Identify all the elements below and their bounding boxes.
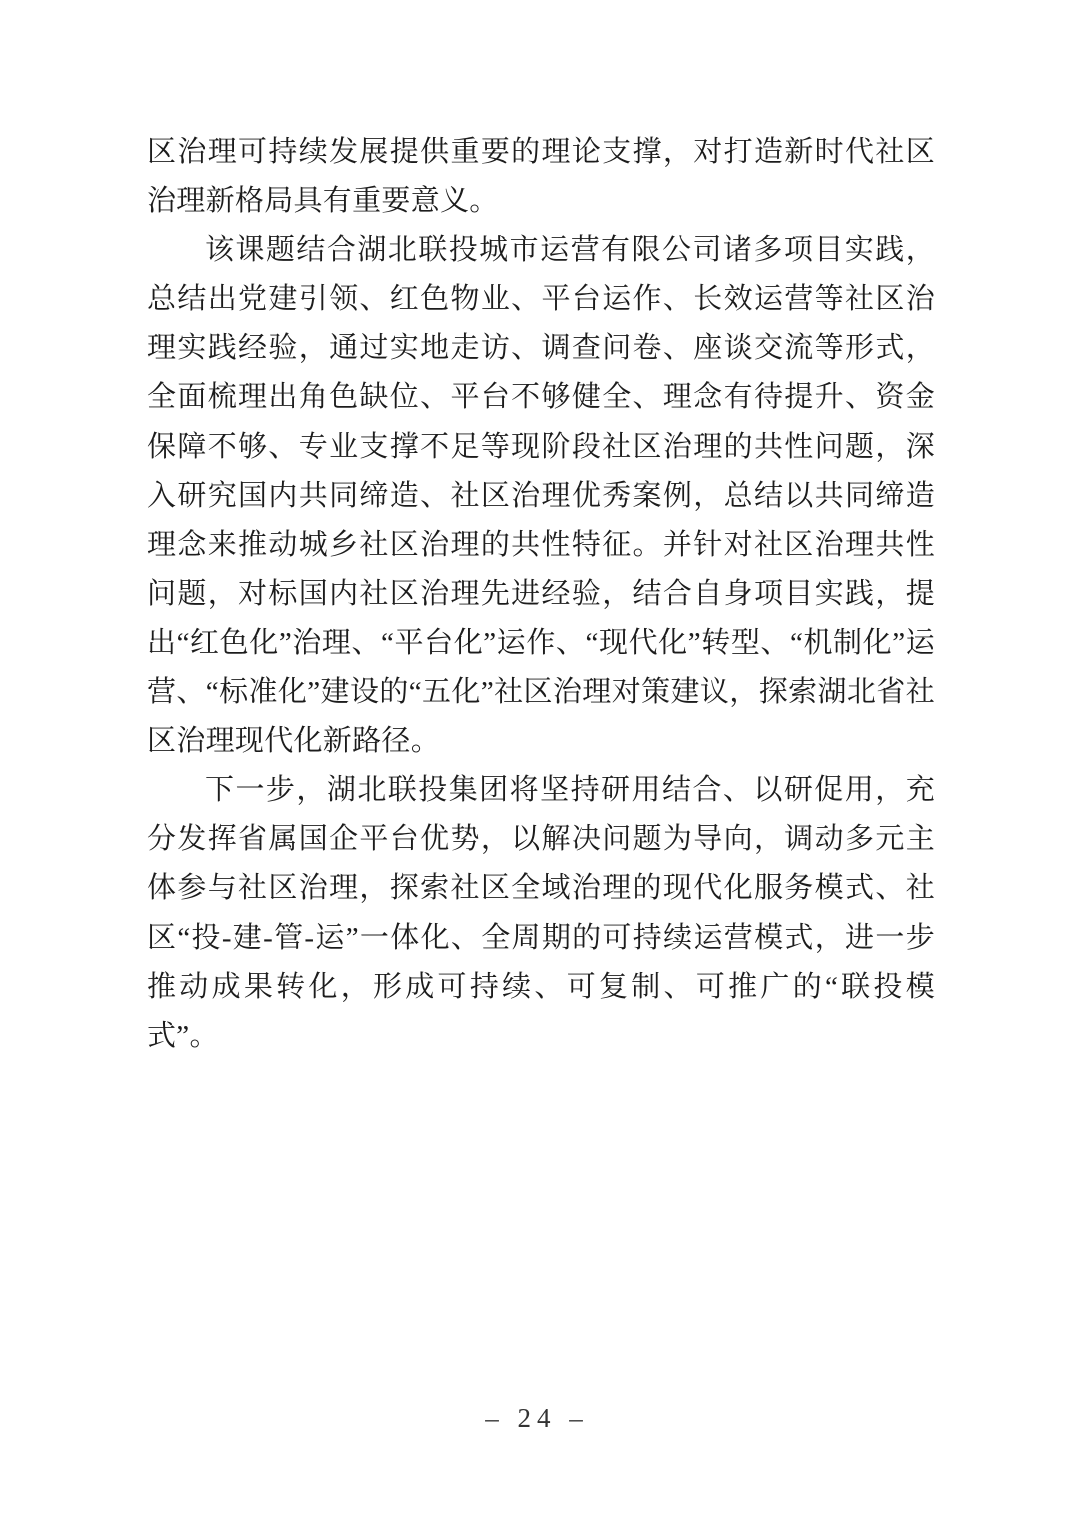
paragraph-continuation: 区治理可持续发展提供重要的理论支撑，对打造新时代社区治理新格局具有重要意义。 xyxy=(147,128,935,226)
paragraph-research-summary: 该课题结合湖北联投城市运营有限公司诸多项目实践，总结出党建引领、红色物业、平台运… xyxy=(147,226,935,766)
page-footer: – 24 – xyxy=(0,1403,1074,1434)
document-page: 区治理可持续发展提供重要的理论支撑，对打造新时代社区治理新格局具有重要意义。 该… xyxy=(0,0,1074,1520)
paragraph-next-steps: 下一步，湖北联投集团将坚持研用结合、以研促用，充分发挥省属国企平台优势，以解决问… xyxy=(147,766,935,1061)
document-body: 区治理可持续发展提供重要的理论支撑，对打造新时代社区治理新格局具有重要意义。 该… xyxy=(147,128,935,1061)
page-number: – 24 – xyxy=(485,1403,589,1433)
